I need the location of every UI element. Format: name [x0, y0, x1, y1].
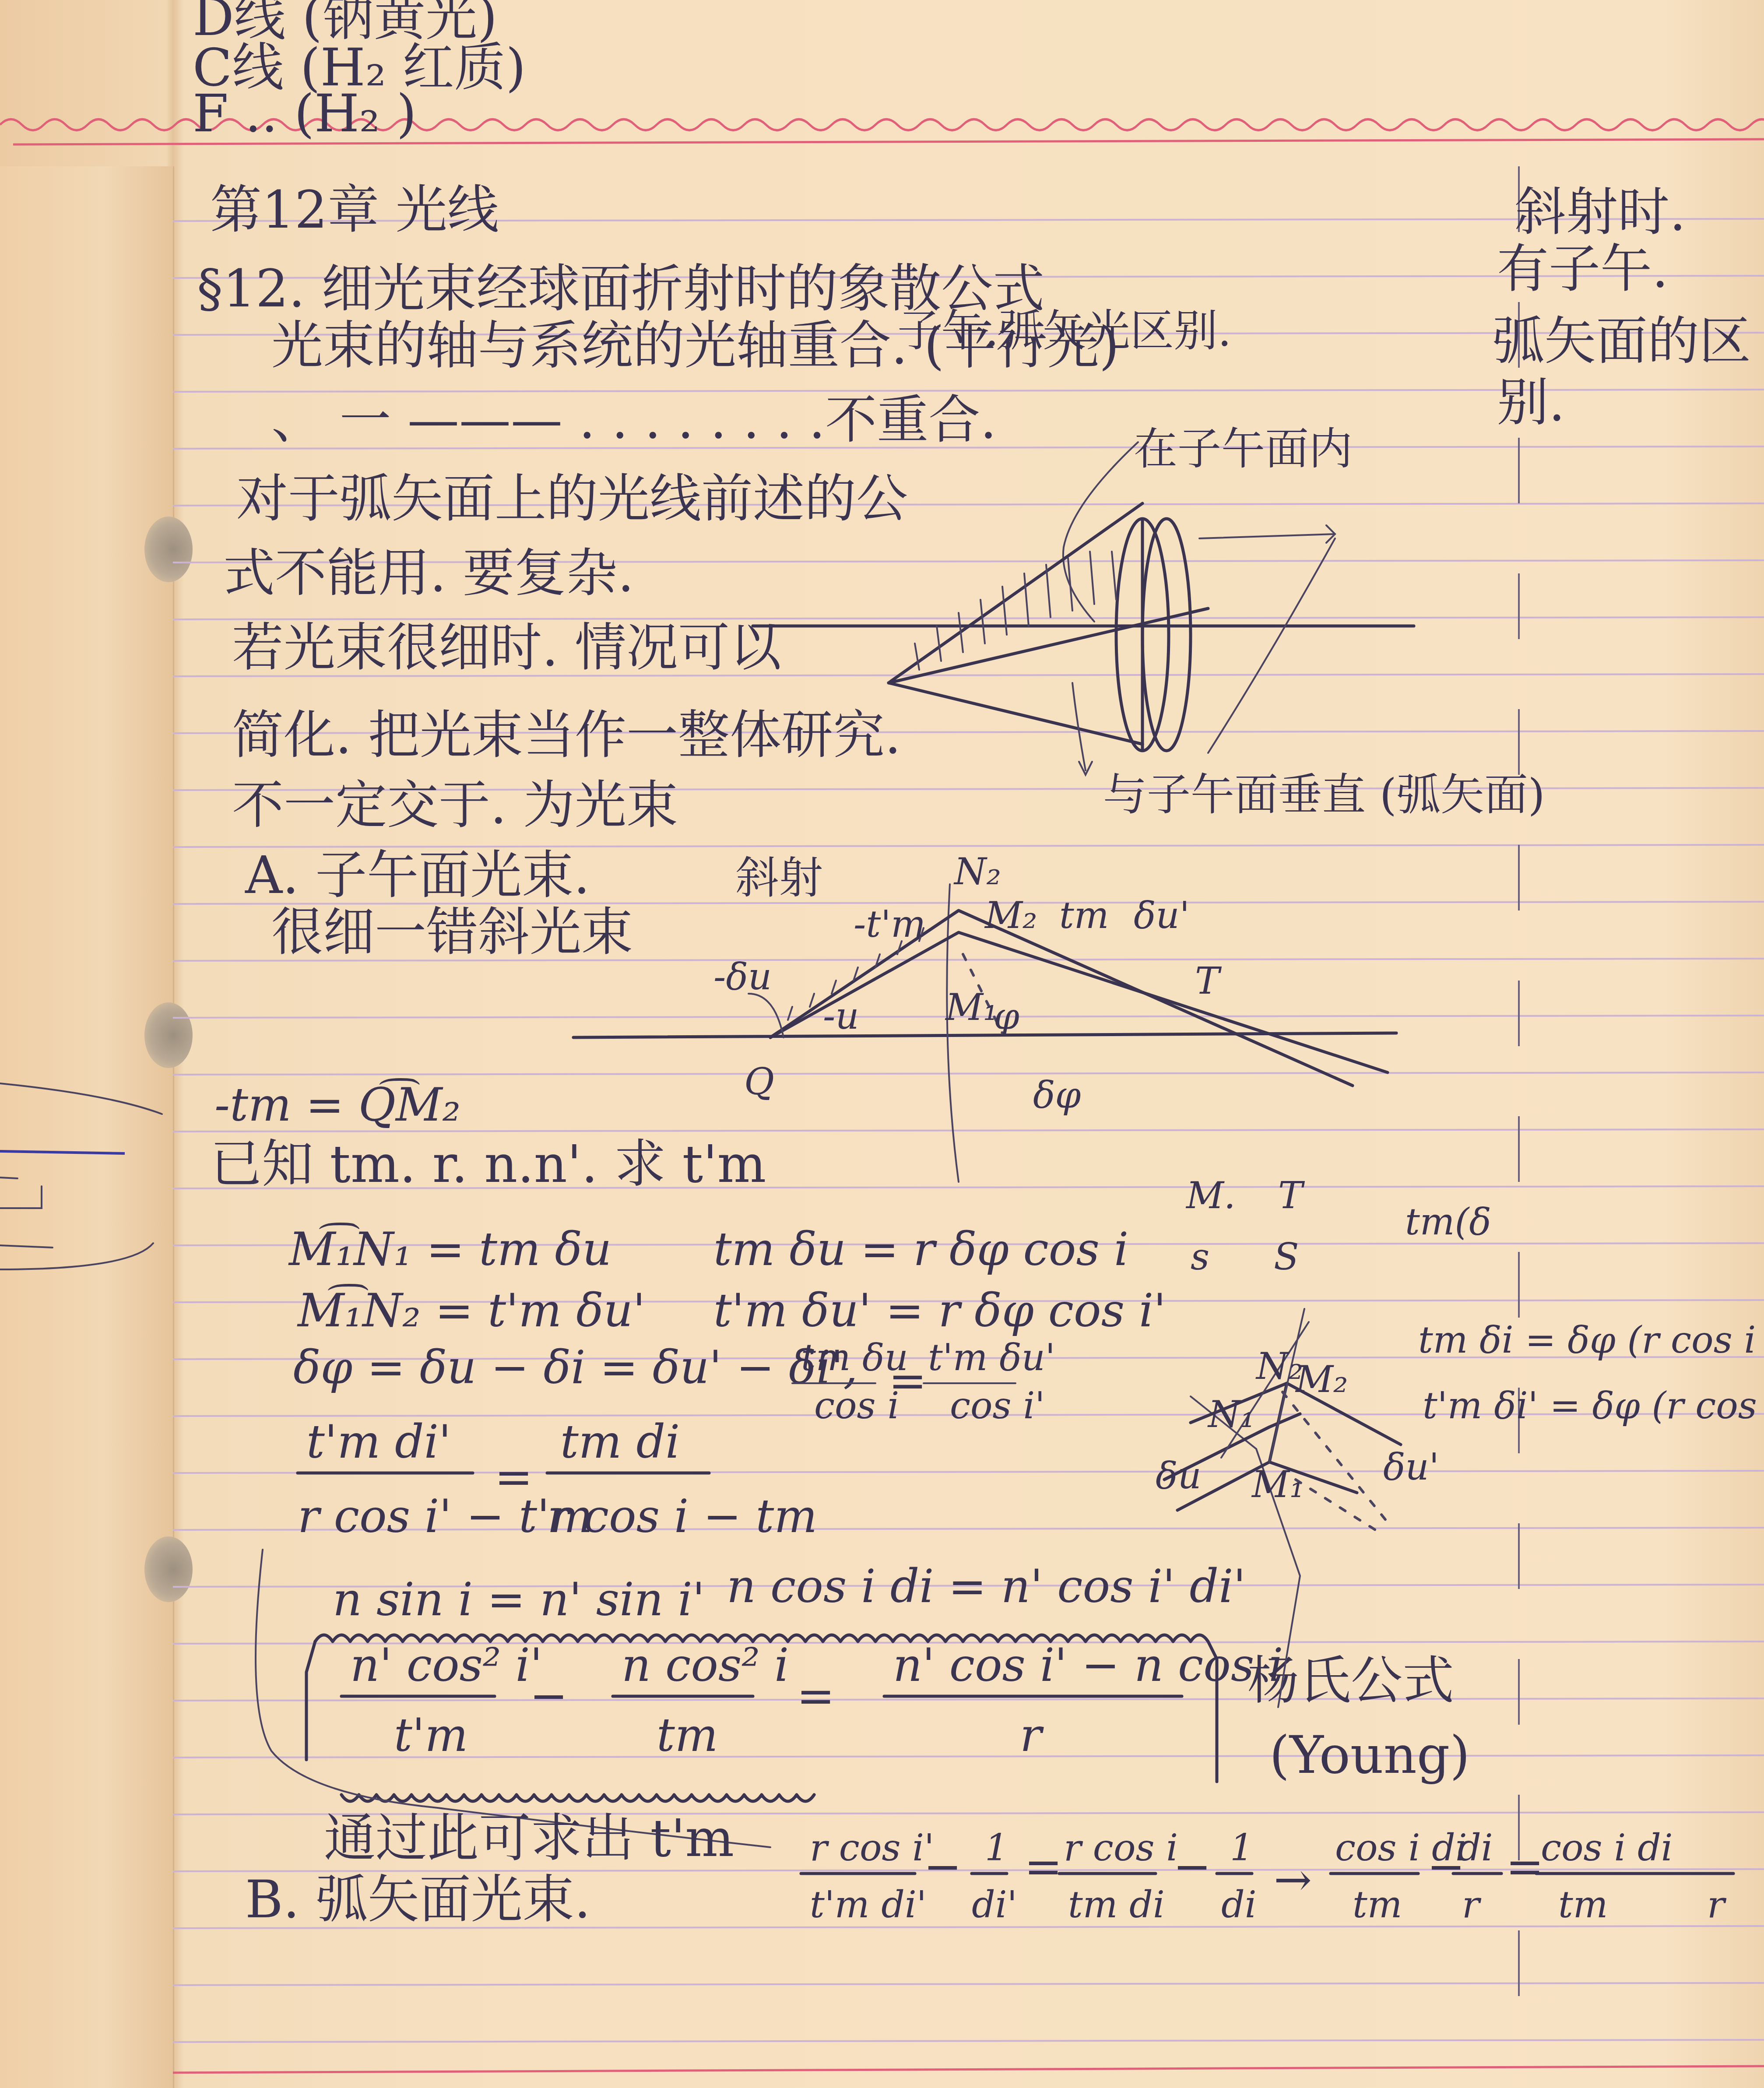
- eq-arc2-rhs: t'm δu' = r δφ cos i': [713, 1284, 1166, 1337]
- handwritten-content: D线 (钠黄光) C线 (H₂ 红质) F .. (H₂ ) 第12章 光线 §…: [0, 0, 1764, 2088]
- label-tm-neg: -t'm: [854, 903, 926, 946]
- side-eq2: t'm δi' = δφ (r cos i' − t'm): [1423, 1384, 1764, 1427]
- young-t1-num: n' cos² i': [350, 1638, 542, 1692]
- frac-num: r cos i: [1064, 1826, 1178, 1869]
- label-m: M.: [1185, 1174, 1236, 1217]
- minus: −: [1173, 1840, 1211, 1893]
- eq-frac2-den: r cos i − tm: [547, 1490, 817, 1543]
- eq-snell: n sin i = n' sin i': [333, 1573, 705, 1626]
- label-du-neg: -δu: [713, 955, 772, 998]
- frac-den: di: [1221, 1883, 1257, 1926]
- paragraph-line: 对于弧矢面上的光线前述的公: [236, 468, 908, 529]
- subsection-b-heading: B. 弧矢面光束.: [245, 1869, 590, 1930]
- label-m2: M₂: [984, 894, 1037, 937]
- label-du-prime: δu': [1134, 894, 1190, 937]
- paragraph-line: 若光束很细时. 情况可以: [232, 617, 783, 678]
- frac-num: di: [1458, 1826, 1493, 1869]
- margin-note: 斜射时.: [1515, 182, 1686, 242]
- eq-ratio-den-l: cos i: [814, 1384, 899, 1427]
- eq-equals: =: [889, 1354, 927, 1407]
- note-f-line: F .. (H₂ ): [193, 83, 417, 144]
- diagram-note: 子午.弧矢光区别.: [897, 305, 1232, 356]
- label-n2: N₂: [953, 850, 1001, 893]
- arrow-icon: →: [1274, 1853, 1312, 1906]
- frac-den: di': [972, 1883, 1017, 1926]
- eq-arc1-lhs: M͡₁N₁ = tm δu: [288, 1223, 611, 1276]
- paragraph-line: 简化. 把光束当作一整体研究.: [232, 705, 901, 765]
- margin-note: 别.: [1497, 372, 1565, 432]
- axis-not-coincide-line: 、 一 ——— . . . . . . . .不重合.: [271, 390, 997, 450]
- eq-given: 已知 tm. r. n.n'. 求 t'm: [210, 1134, 766, 1194]
- label-neg-u: -u: [823, 995, 859, 1037]
- frac-den: tm: [1353, 1883, 1402, 1926]
- frac-den: r: [1707, 1883, 1727, 1926]
- young-t2-den: tm: [657, 1708, 718, 1762]
- eq-snell-diff: n cos i di = n' cos i' di': [727, 1560, 1246, 1613]
- young-minus: −: [530, 1669, 568, 1722]
- young-rhs-den: r: [1020, 1708, 1044, 1762]
- young-t2-num: n cos² i: [622, 1638, 789, 1692]
- paragraph-line: 式不能用. 要复杂.: [223, 543, 634, 603]
- bottom-equation: r cos i' t'm di' − 1 di' = r cos i tm di…: [801, 1826, 1733, 1926]
- margin-note: 弧矢面的区: [1493, 311, 1751, 371]
- eq-frac2-num: tm di: [560, 1415, 680, 1469]
- eq-dphi: δφ = δu − δi = δu' − δi',: [293, 1341, 858, 1394]
- side-diagram: M. T s S tm(δ tm δi = δφ (r cos i − tm) …: [1156, 1174, 1764, 1707]
- eq-arc2-lhs: M͡₁N₂ = t'm δu': [297, 1284, 645, 1337]
- frac-den: r: [1462, 1883, 1482, 1926]
- label-q: Q: [744, 1060, 774, 1103]
- label-t: T: [1278, 1174, 1305, 1217]
- oblique-label: 斜射: [735, 852, 823, 903]
- frac-num: r cos i': [810, 1826, 934, 1869]
- minus: −: [924, 1840, 962, 1893]
- equals: =: [1024, 1840, 1062, 1893]
- solve-note: 通过此可求出 t'm: [324, 1808, 734, 1868]
- side-eq1: tm δi = δφ (r cos i − tm): [1418, 1318, 1764, 1361]
- subsection-a-note: 很细一错斜光束: [271, 902, 633, 962]
- margin-note: 有子午.: [1497, 239, 1669, 299]
- eq-equals: =: [495, 1450, 533, 1504]
- young-name: (Young): [1269, 1725, 1470, 1785]
- red-bottom-rule: [173, 2066, 1764, 2073]
- label-m2: M₂: [1295, 1358, 1348, 1401]
- frac-num: 1: [985, 1826, 1008, 1869]
- young-t1-den: t'm: [394, 1708, 468, 1762]
- frac-num: 1: [1230, 1826, 1253, 1869]
- label-tm: tm: [1059, 894, 1109, 937]
- subsection-a-heading: A. 子午面光束.: [245, 845, 590, 905]
- frac-num: cos i di: [1541, 1826, 1673, 1869]
- label-tm-note: tm(δ: [1405, 1200, 1491, 1243]
- equals: =: [1506, 1840, 1544, 1893]
- eq-arc1-rhs: tm δu = r δφ cos i: [713, 1223, 1128, 1276]
- young-rhs-num: n' cos i' − n cos i: [893, 1638, 1283, 1692]
- eq-ratio-den-r: cos i': [950, 1384, 1045, 1427]
- label-s-cap: S: [1274, 1235, 1299, 1278]
- young-equals: =: [797, 1669, 835, 1722]
- flap-marks: [0, 1083, 162, 1269]
- frac-den: tm di: [1068, 1883, 1165, 1926]
- label-m1: M₁: [1251, 1463, 1304, 1506]
- label-dphi: δφ: [1033, 1073, 1081, 1116]
- eq-frac1-num: t'm di': [306, 1415, 451, 1469]
- eq-tm: -tm = Q͡M₂: [214, 1078, 460, 1132]
- chapter-title: 第12章 光线: [210, 179, 499, 240]
- label-meridional: 在子午面内: [1134, 423, 1353, 475]
- label-s: s: [1191, 1235, 1209, 1278]
- eq-ratio-num-r: t'm δu': [928, 1336, 1055, 1379]
- label-t: T: [1195, 960, 1222, 1002]
- frac-den: tm: [1558, 1883, 1608, 1926]
- label-du: δu: [1156, 1454, 1202, 1497]
- frac-den: t'm di': [810, 1883, 927, 1926]
- label-n1: N₁: [1207, 1393, 1255, 1436]
- label-sagittal: 与子午面垂直 (弧矢面): [1103, 769, 1545, 820]
- label-m1: M₁: [945, 986, 998, 1029]
- label-phi: φ: [994, 995, 1019, 1037]
- label-du-prime: δu': [1383, 1445, 1439, 1488]
- paragraph-line: 不一定交于. 为光束: [232, 775, 678, 835]
